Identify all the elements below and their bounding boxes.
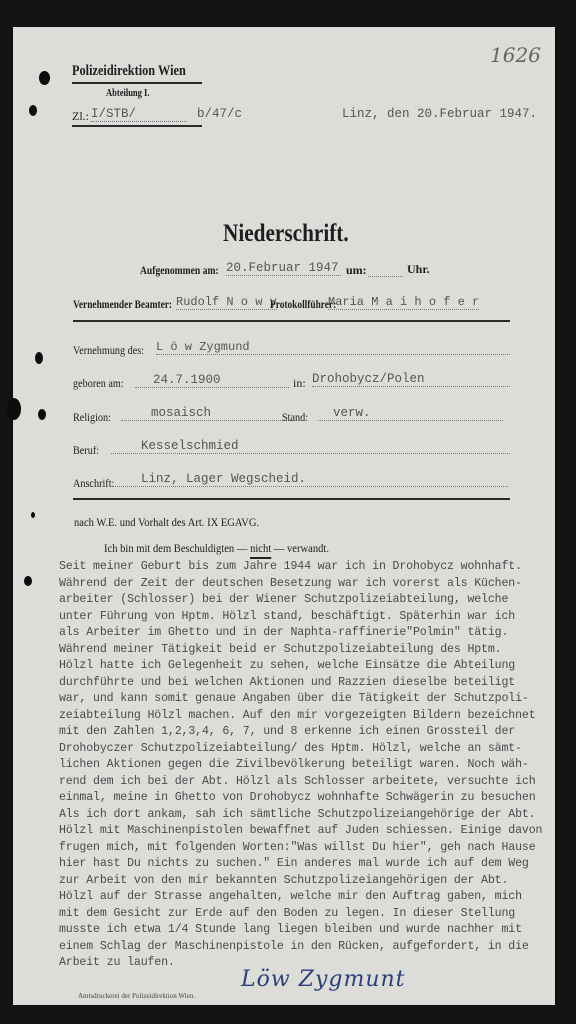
occupation-label: Beruf:: [73, 443, 99, 458]
recorded-date-value: 20.Februar 1947: [226, 261, 341, 276]
document-title: Niederschrift.: [223, 220, 349, 248]
relation-suffix: — verwandt.: [274, 541, 329, 555]
statement-line: Als ich dort ankam, sah ich sämtliche Sc…: [59, 807, 529, 824]
relation-word: nicht: [250, 541, 271, 559]
statement-line: frugen mich, mit folgenden Worten:"Was w…: [59, 840, 529, 857]
statement-line: zeiabteilung Hölzl machen. Auf den mir v…: [59, 708, 529, 725]
statement-line: durchführte und bei welchen Aktionen und…: [59, 675, 529, 692]
statement-line: arbeiter (Schlosser) bei der Wiener Schu…: [59, 592, 529, 609]
statement-line: rend dem ich bei der Abt. Hölzl als Schl…: [59, 774, 529, 791]
statement-line: lichen Aktionen gegen die Zivilbevölkeru…: [59, 757, 529, 774]
religion-value: mosaisch: [121, 406, 291, 421]
statement-line: als Arbeiter im Ghetto und in der Naphta…: [59, 625, 529, 642]
statement-line: Hölzl hatte ich Gelegenheit zu sehen, we…: [59, 658, 529, 675]
born-in-label: in:: [293, 376, 306, 391]
statement-line: mit dem Gesicht zur Erde auf den Boden z…: [59, 906, 529, 923]
recorded-time-unit: Uhr.: [407, 262, 430, 277]
reference-rule: [72, 125, 202, 127]
name-value: L ö w Zygmund: [156, 340, 510, 355]
place-date: Linz, den 20.Februar 1947.: [342, 107, 537, 121]
signature: Löw Zygmunt: [241, 967, 406, 992]
statement-line: Hölzl auf der Strasse angehalten, welche…: [59, 889, 529, 906]
punch-hole: [35, 352, 43, 364]
statement-line: Während der Zeit der deutschen Besetzung…: [59, 576, 529, 593]
statement-line: hier hast Du nichts zu suchen." Ein ande…: [59, 856, 529, 873]
clerk-value: Maria M a i h o f e r: [328, 295, 479, 310]
punch-hole: [7, 398, 21, 420]
department-name: Abteilung I.: [106, 88, 149, 99]
reference-suffix: b/47/c: [197, 107, 242, 121]
archive-number: 1626: [490, 43, 541, 67]
person-rule: [73, 498, 510, 500]
printer-note: Amtsdruckerei der Polizeidirektion Wien.: [78, 992, 195, 1000]
punch-hole: [39, 71, 50, 85]
punch-hole: [38, 409, 46, 420]
statement-line: unter Führung von Hptm. Hölzl stand, bes…: [59, 609, 529, 626]
relation-prefix: Ich bin mit dem Beschuldigten —: [104, 541, 247, 555]
recorded-date-label: Aufgenommen am:: [140, 263, 219, 278]
statement-line: Während meiner Tätigkeit beid er Schutzp…: [59, 642, 529, 659]
born-label: geboren am:: [73, 376, 124, 391]
statement-line: war, und kann somit genaue Angaben über …: [59, 691, 529, 708]
punch-hole: [31, 512, 35, 518]
reference-label: Zl.:: [72, 109, 89, 124]
address-label: Anschrift:: [73, 476, 114, 491]
statement-body: Seit meiner Geburt bis zum Jahre 1944 wa…: [59, 559, 529, 972]
statement-line: Seit meiner Geburt bis zum Jahre 1944 wa…: [59, 559, 529, 576]
name-label: Vernehmung des:: [73, 343, 144, 358]
religion-label: Religion:: [73, 410, 111, 425]
legal-note: nach W.E. und Vorhalt des Art. IX EGAVG.: [74, 515, 259, 530]
header-rule: [72, 82, 202, 84]
address-value: Linz, Lager Wegscheid.: [113, 472, 508, 487]
statement-line: einmal, meine in Ghetto von Drohobycz wo…: [59, 790, 529, 807]
punch-hole: [24, 576, 32, 586]
occupation-value: Kesselschmied: [111, 439, 510, 454]
relation-statement: Ich bin mit dem Beschuldigten — nicht — …: [104, 541, 329, 556]
born-in-value: Drohobycz/Polen: [312, 372, 510, 387]
recorded-time-value: [368, 263, 403, 277]
statement-line: mit den Zahlen 1,2,3,4, 6, 7, und 8 erke…: [59, 724, 529, 741]
recorded-time-label: um:: [346, 263, 367, 278]
statement-line: einem Schlag der Maschinenpistole in den…: [59, 939, 529, 956]
status-value: verw.: [318, 406, 503, 421]
status-label: Stand:: [282, 410, 308, 425]
officer-value: Rudolf N o w y: [176, 295, 277, 310]
officer-label: Vernehmender Beamter:: [73, 297, 172, 312]
document-page: 1626 Polizeidirektion Wien Abteilung I. …: [13, 27, 555, 1005]
officials-rule: [73, 320, 510, 322]
statement-line: Hölzl mit Maschinenpistolen bewaffnet au…: [59, 823, 529, 840]
statement-line: musste ich etwa 1/4 Stunde lang liegen b…: [59, 922, 529, 939]
punch-hole: [29, 105, 37, 116]
statement-line: Drohobyczer Schutzpolizeiabteilung/ des …: [59, 741, 529, 758]
authority-name: Polizeidirektion Wien: [72, 63, 186, 80]
clerk-label: Protokollführer:: [270, 297, 336, 312]
reference-value: I/STB/: [91, 107, 187, 122]
born-value: 24.7.1900: [135, 373, 289, 388]
statement-line: zur Arbeit von den mir bekannten Schutzp…: [59, 873, 529, 890]
